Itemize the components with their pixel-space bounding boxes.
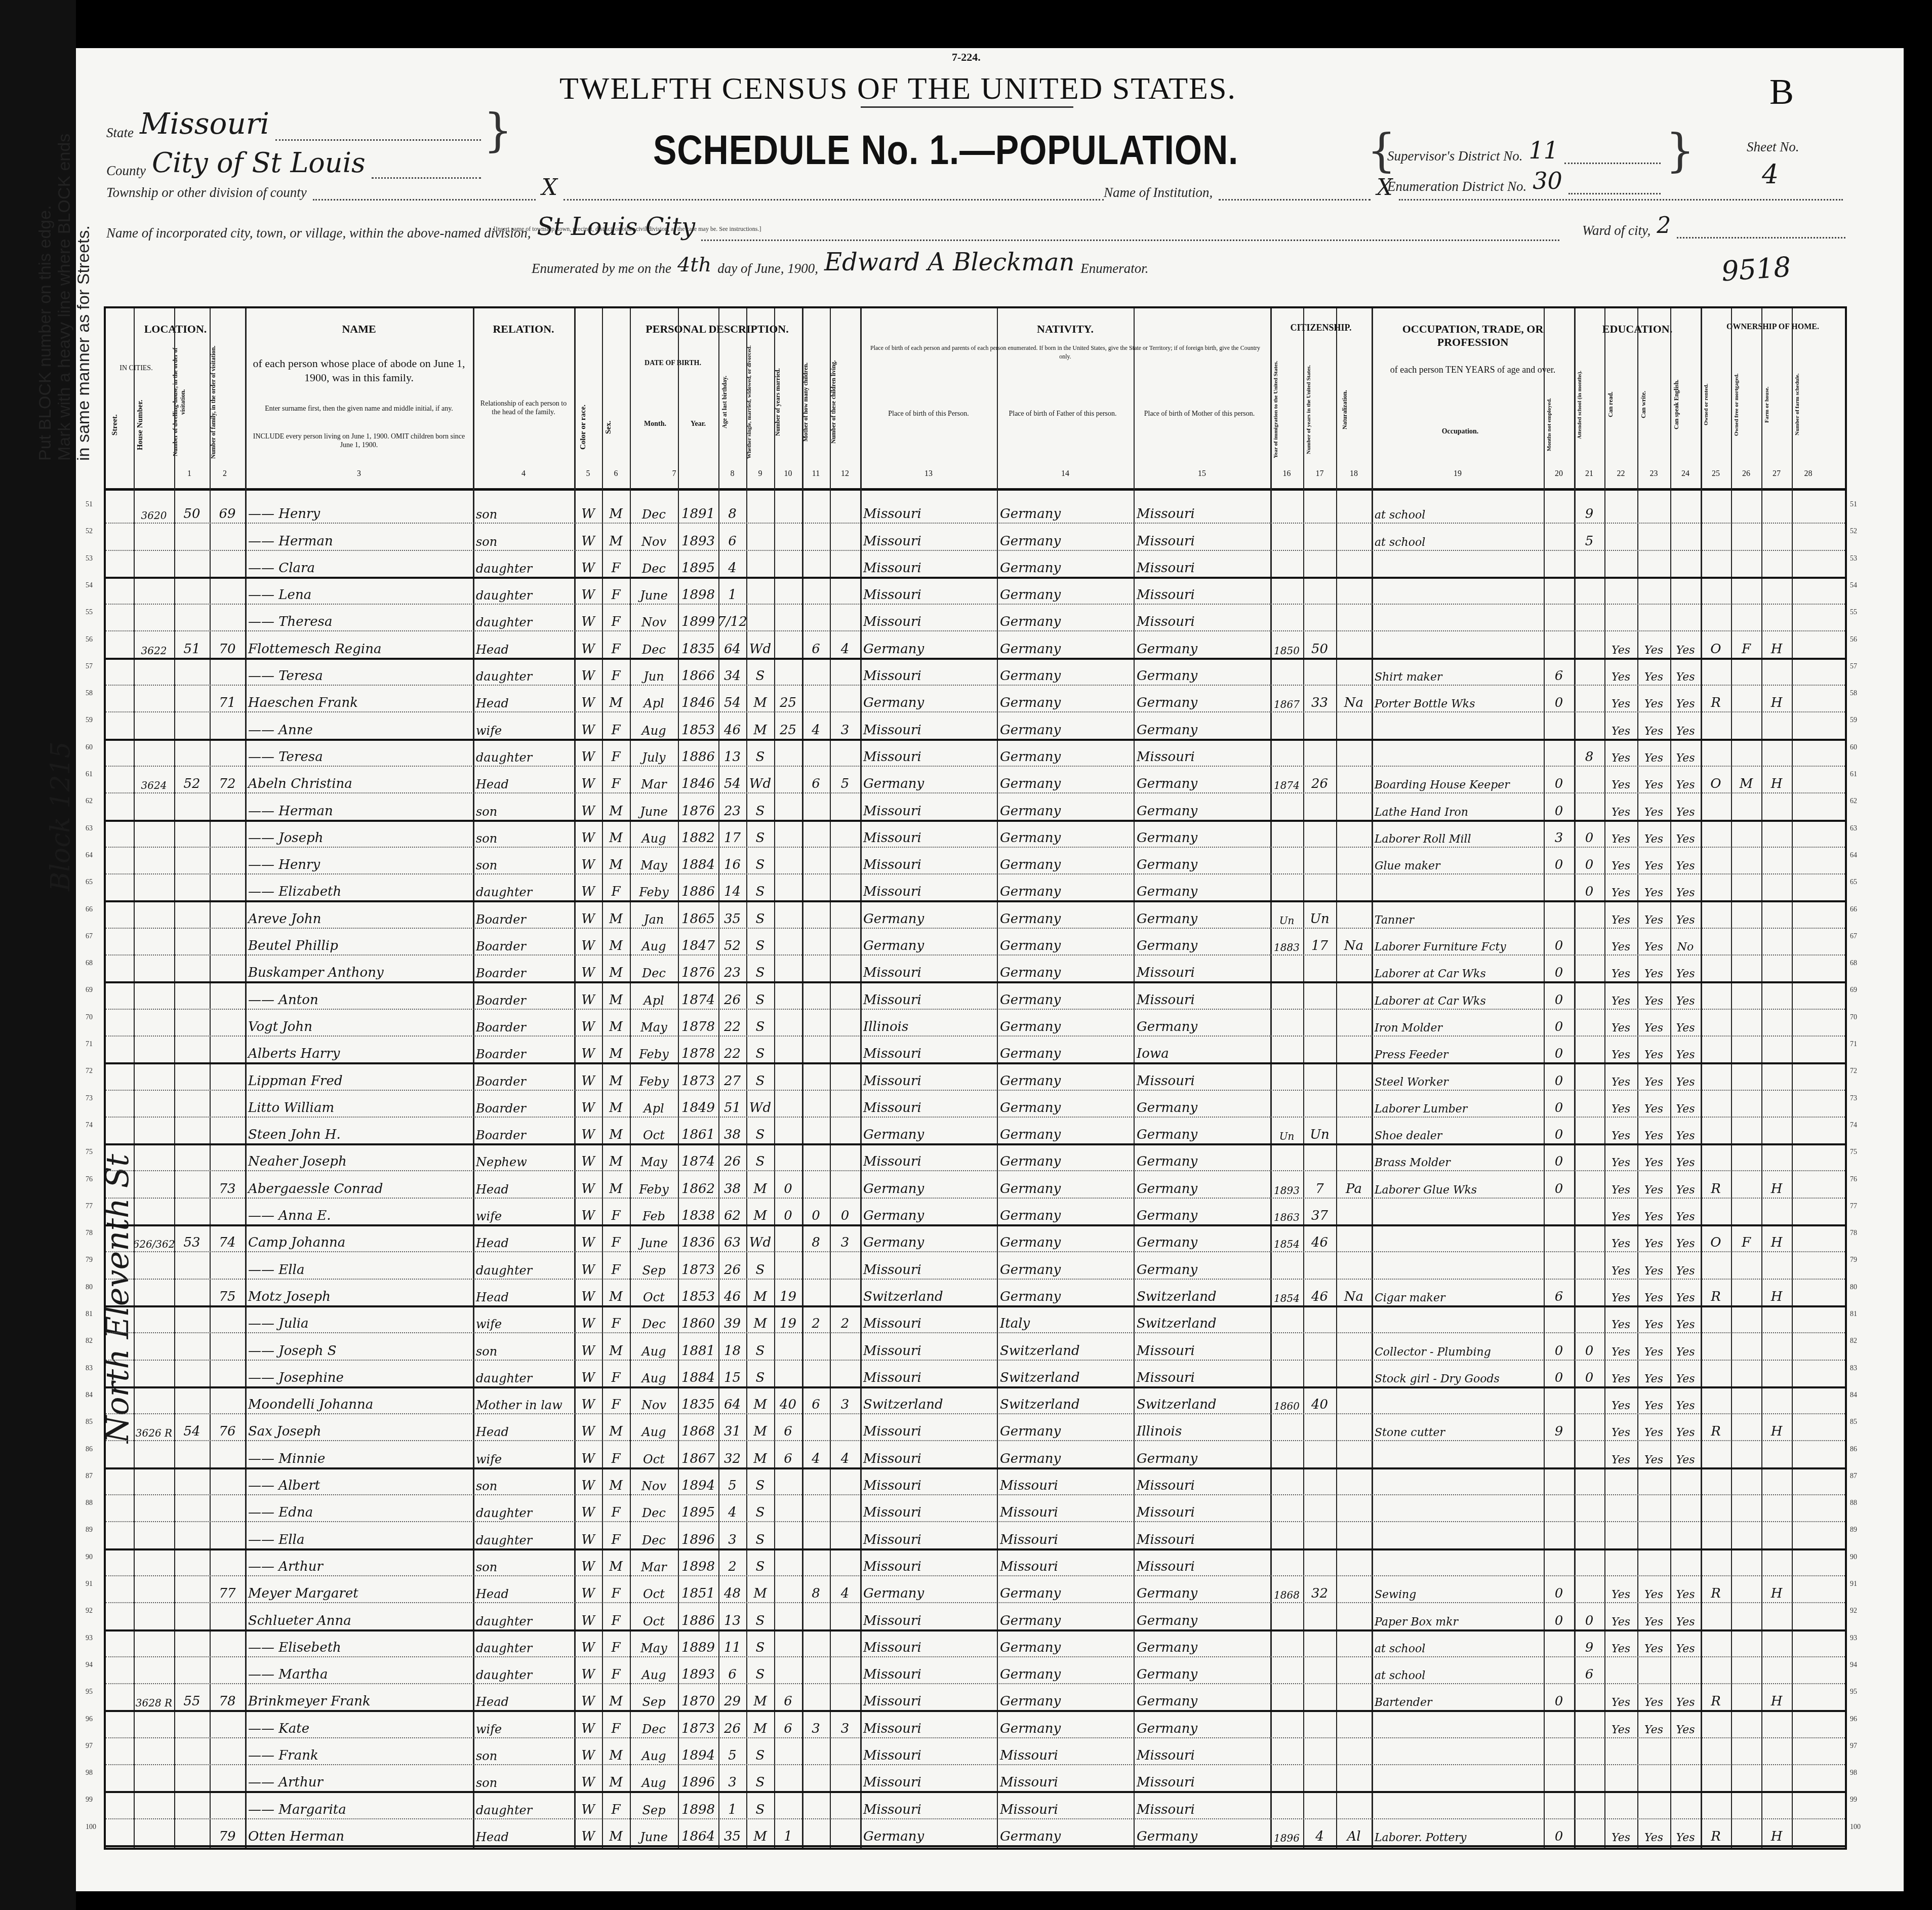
house-number (134, 1629, 174, 1656)
header-location: LOCATION. (106, 323, 245, 336)
person-name: —— Kate (245, 1710, 473, 1737)
farm-or-house (1761, 1494, 1792, 1521)
children-born (802, 954, 830, 981)
birth-year: 1896 (678, 1521, 718, 1548)
speaks-english (1670, 1764, 1701, 1791)
family-number (210, 1441, 245, 1467)
naturalization (1336, 1521, 1372, 1548)
can-write: Yes (1637, 1198, 1670, 1224)
relation: Nephew (473, 1143, 574, 1170)
months-unemployed: 6 (1544, 1279, 1574, 1305)
naturalization (1336, 1548, 1372, 1575)
marital-status: S (746, 873, 774, 900)
years-in-us: 33 (1303, 685, 1336, 711)
color: W (574, 1575, 602, 1602)
farm-or-house (1761, 1305, 1792, 1332)
children-living: 5 (830, 766, 860, 792)
table-row: 67 Beutel Phillip Boarder W M Aug 1847 5… (106, 928, 1845, 956)
color: W (574, 1494, 602, 1521)
birthplace: Missouri (860, 1143, 997, 1170)
free-mortgaged (1731, 1602, 1761, 1629)
farm-or-house (1761, 1198, 1792, 1224)
children-living (830, 685, 860, 711)
farm-or-house: H (1761, 1224, 1792, 1251)
owned-rented (1701, 954, 1731, 981)
dwelling-number (174, 1602, 210, 1629)
occupation (1372, 1737, 1544, 1764)
birth-month: Aug (630, 928, 678, 954)
sex: M (602, 1171, 630, 1198)
free-mortgaged (1731, 550, 1761, 577)
line-number-right: 80 (1850, 1284, 1857, 1292)
years-married (774, 1117, 802, 1143)
line-number: 95 (86, 1688, 93, 1696)
years-married: 0 (774, 1198, 802, 1224)
occupation (1372, 739, 1544, 766)
relation: Boarder (473, 954, 574, 981)
owned-rented: R (1701, 1683, 1731, 1710)
sex: M (602, 523, 630, 549)
children-born (802, 1090, 830, 1117)
naturalization (1336, 981, 1372, 1008)
line-number-right: 96 (1850, 1716, 1857, 1724)
line-number: 55 (86, 609, 93, 617)
marital-status: S (746, 1602, 774, 1629)
birthplace: Illinois (860, 1009, 997, 1036)
free-mortgaged (1731, 658, 1761, 685)
color: W (574, 685, 602, 711)
school-months: 0 (1574, 1332, 1604, 1359)
line-number-right: 56 (1850, 636, 1857, 644)
family-number (210, 1737, 245, 1764)
dwelling-number (174, 1090, 210, 1117)
school-months (1574, 1251, 1604, 1278)
family-number (210, 1386, 245, 1413)
farm-or-house (1761, 1629, 1792, 1656)
birthplace: Missouri (860, 1090, 997, 1117)
occupation (1372, 1224, 1544, 1251)
birth-month: Aug (630, 1332, 678, 1359)
marital-status: S (746, 1494, 774, 1521)
can-read: Yes (1604, 1386, 1637, 1413)
col-years-married: Number of years married. (774, 344, 794, 460)
immigration-year: 1863 (1270, 1198, 1303, 1224)
relation: son (473, 1548, 574, 1575)
header-date-of-birth: DATE OF BIRTH. (627, 359, 718, 368)
sheet-label: Sheet No. (1747, 139, 1799, 155)
line-number-right: 55 (1850, 609, 1857, 617)
birthplace: Missouri (860, 1629, 997, 1656)
sex: F (602, 711, 630, 738)
children-born (802, 1009, 830, 1036)
birth-month: May (630, 1009, 678, 1036)
sex: F (602, 873, 630, 900)
years-married (774, 496, 802, 523)
children-living: 3 (830, 1710, 860, 1737)
birthplace: Germany (860, 901, 997, 928)
years-in-us (1303, 523, 1336, 549)
years-in-us: Un (1303, 901, 1336, 928)
dwelling-number (174, 928, 210, 954)
can-write: Yes (1637, 792, 1670, 819)
can-write: Yes (1637, 1009, 1670, 1036)
relation: daughter (473, 873, 574, 900)
family-number (210, 1198, 245, 1224)
colnum: 19 (1372, 469, 1544, 479)
speaks-english: Yes (1670, 1143, 1701, 1170)
free-mortgaged (1731, 1710, 1761, 1737)
years-in-us (1303, 1764, 1336, 1791)
house-number: 3626 R (134, 1413, 174, 1440)
school-months (1574, 1441, 1604, 1467)
line-number-right: 83 (1850, 1365, 1857, 1373)
line-number-right: 64 (1850, 852, 1857, 860)
header-occupation-desc: of each person TEN YEARS of age and over… (1377, 364, 1569, 375)
free-mortgaged (1731, 1305, 1761, 1332)
birth-month: Dec (630, 496, 678, 523)
can-read: Yes (1604, 954, 1637, 981)
birth-year: 1867 (678, 1441, 718, 1467)
naturalization: Na (1336, 928, 1372, 954)
age: 27 (718, 1062, 746, 1089)
children-born: 6 (802, 1386, 830, 1413)
line-number-right: 94 (1850, 1661, 1857, 1669)
relation: Head (473, 1818, 574, 1845)
header-ownership: OWNERSHIP OF HOME. (1701, 323, 1845, 332)
person-name: —— Henry (245, 496, 473, 523)
birthplace: Missouri (860, 1494, 997, 1521)
relation: Head (473, 1171, 574, 1198)
naturalization (1336, 1305, 1372, 1332)
immigration-year (1270, 1467, 1303, 1494)
can-read (1604, 496, 1637, 523)
immigration-year (1270, 820, 1303, 847)
color: W (574, 631, 602, 658)
years-married (774, 1548, 802, 1575)
school-months: 9 (1574, 496, 1604, 523)
house-number (134, 1171, 174, 1198)
speaks-english: Yes (1670, 1224, 1701, 1251)
dwelling-number (174, 1764, 210, 1791)
farm-or-house (1761, 1090, 1792, 1117)
immigration-year (1270, 1602, 1303, 1629)
years-married: 40 (774, 1386, 802, 1413)
speaks-english: Yes (1670, 1575, 1701, 1602)
occupation (1372, 711, 1544, 738)
marital-status: M (746, 1818, 774, 1845)
children-born (802, 1737, 830, 1764)
sex: M (602, 1332, 630, 1359)
can-write: Yes (1637, 658, 1670, 685)
school-months (1574, 1090, 1604, 1117)
family-number (210, 1710, 245, 1737)
birth-year: 1886 (678, 873, 718, 900)
colnum: 22 (1604, 469, 1637, 479)
enumeration-day: 4th (677, 253, 711, 276)
dwelling-number (174, 577, 210, 604)
relation: Mother in law (473, 1386, 574, 1413)
relation: Head (473, 1575, 574, 1602)
immigration-year (1270, 658, 1303, 685)
birthplace: Germany (860, 1117, 997, 1143)
table-row: 69 —— Anton Boarder W M Apl 1874 26 S Mi… (106, 981, 1845, 1009)
father-birthplace: Germany (997, 739, 1134, 766)
father-birthplace: Germany (997, 1224, 1134, 1251)
can-read: Yes (1604, 873, 1637, 900)
marital-status: S (746, 1737, 774, 1764)
can-read (1604, 577, 1637, 604)
immigration-year: 1893 (1270, 1171, 1303, 1198)
birth-month: Feby (630, 1036, 678, 1062)
free-mortgaged (1731, 928, 1761, 954)
father-birthplace: Missouri (997, 1548, 1134, 1575)
mother-birthplace: Missouri (1134, 1764, 1270, 1791)
dwelling-number (174, 739, 210, 766)
line-number: 83 (86, 1365, 93, 1373)
school-months (1574, 604, 1604, 630)
dwelling-number (174, 1494, 210, 1521)
table-row: 100 79 Otten Herman Head W M June 1864 3… (106, 1818, 1845, 1847)
line-number: 74 (86, 1122, 93, 1130)
naturalization (1336, 1629, 1372, 1656)
birth-year: 1882 (678, 820, 718, 847)
person-name: —— Anna E. (245, 1198, 473, 1224)
age: 52 (718, 928, 746, 954)
dwelling-number (174, 1062, 210, 1089)
occupation (1372, 1198, 1544, 1224)
birth-year: 1851 (678, 1575, 718, 1602)
age: 1 (718, 1791, 746, 1818)
line-number: 70 (86, 1014, 93, 1022)
free-mortgaged (1731, 1413, 1761, 1440)
person-name: Schlueter Anna (245, 1602, 473, 1629)
free-mortgaged (1731, 1467, 1761, 1494)
owned-rented (1701, 604, 1731, 630)
months-unemployed: 3 (1544, 820, 1574, 847)
years-married (774, 550, 802, 577)
table-row: 86 —— Minnie wife W F Oct 1867 32 M 6 4 … (106, 1441, 1845, 1469)
speaks-english: Yes (1670, 1062, 1701, 1089)
can-read: Yes (1604, 1818, 1637, 1845)
sex: M (602, 1467, 630, 1494)
dwelling-number (174, 1279, 210, 1305)
occupation: Tanner (1372, 901, 1544, 928)
immigration-year (1270, 1656, 1303, 1683)
dwelling-number (174, 1710, 210, 1737)
speaks-english: Yes (1670, 901, 1701, 928)
col-month: Month. (632, 420, 678, 428)
person-name: —— Teresa (245, 658, 473, 685)
dwelling-number: 52 (174, 766, 210, 792)
family-number: 76 (210, 1413, 245, 1440)
col-house-number: House Number. (136, 389, 151, 460)
family-number (210, 928, 245, 954)
marital-status: S (746, 1117, 774, 1143)
supervisor-district-field: Supervisor's District No. 11 (1387, 137, 1661, 164)
speaks-english: No (1670, 928, 1701, 954)
sex: F (602, 1710, 630, 1737)
person-name: Meyer Margaret (245, 1575, 473, 1602)
line-number: 59 (86, 717, 93, 725)
school-months: 0 (1574, 1360, 1604, 1386)
person-name: Beutel Phillip (245, 928, 473, 954)
occupation: Brass Molder (1372, 1143, 1544, 1170)
mother-birthplace: Missouri (1134, 1494, 1270, 1521)
table-row: 77 —— Anna E. wife W F Feb 1838 62 M 0 0… (106, 1198, 1845, 1226)
person-name: —— Albert (245, 1467, 473, 1494)
occupation (1372, 873, 1544, 900)
months-unemployed: 0 (1544, 1602, 1574, 1629)
family-number (210, 1629, 245, 1656)
marital-status: S (746, 1467, 774, 1494)
col-free-mortgaged: Owned free or mortgaged. (1734, 349, 1754, 460)
birthplace: Missouri (860, 1548, 997, 1575)
dwelling-number (174, 1009, 210, 1036)
speaks-english: Yes (1670, 1683, 1701, 1710)
line-number-right: 69 (1850, 986, 1857, 994)
can-write (1637, 1494, 1670, 1521)
occupation: Sewing (1372, 1575, 1544, 1602)
line-number: 54 (86, 582, 93, 590)
marital-status: Wd (746, 766, 774, 792)
colnum: 20 (1544, 469, 1574, 479)
line-number: 58 (86, 690, 93, 698)
state-label: State (106, 125, 134, 141)
house-number (134, 1332, 174, 1359)
owned-rented (1701, 1360, 1731, 1386)
naturalization: Na (1336, 1279, 1372, 1305)
relation: daughter (473, 1656, 574, 1683)
sex: M (602, 1143, 630, 1170)
speaks-english: Yes (1670, 792, 1701, 819)
years-in-us (1303, 1494, 1336, 1521)
can-write: Yes (1637, 901, 1670, 928)
farm-or-house (1761, 1548, 1792, 1575)
speaks-english: Yes (1670, 1090, 1701, 1117)
family-number: 71 (210, 685, 245, 711)
birth-year: 1849 (678, 1090, 718, 1117)
city-field: Name of incorporated city, town, or vill… (106, 213, 1559, 241)
can-write: Yes (1637, 1143, 1670, 1170)
father-birthplace: Germany (997, 1602, 1134, 1629)
sex: F (602, 550, 630, 577)
birth-year: 1847 (678, 928, 718, 954)
sex: F (602, 739, 630, 766)
age: 16 (718, 847, 746, 873)
years-in-us (1303, 847, 1336, 873)
birth-year: 1862 (678, 1171, 718, 1198)
children-living (830, 1036, 860, 1062)
birthplace: Missouri (860, 577, 997, 604)
farm-or-house (1761, 792, 1792, 819)
birth-month: June (630, 1224, 678, 1251)
naturalization (1336, 766, 1372, 792)
farm-or-house (1761, 550, 1792, 577)
father-birthplace: Germany (997, 1710, 1134, 1737)
birth-year: 1878 (678, 1036, 718, 1062)
can-read: Yes (1604, 658, 1637, 685)
free-mortgaged (1731, 847, 1761, 873)
dwelling-number (174, 550, 210, 577)
sex: M (602, 901, 630, 928)
color: W (574, 1090, 602, 1117)
father-birthplace: Germany (997, 873, 1134, 900)
family-number (210, 604, 245, 630)
col-speak-english: Can speak English. (1673, 349, 1693, 460)
school-months (1574, 1117, 1604, 1143)
birth-month: Oct (630, 1575, 678, 1602)
table-row: 78 3626/3628 53 74 Camp Johanna Head W F… (106, 1224, 1845, 1252)
line-number-right: 60 (1850, 744, 1857, 752)
sex: M (602, 496, 630, 523)
father-birthplace: Germany (997, 1198, 1134, 1224)
occupation: Laborer. Pottery (1372, 1818, 1544, 1845)
dwelling-number (174, 1548, 210, 1575)
owned-rented (1701, 1791, 1731, 1818)
age: 3 (718, 1764, 746, 1791)
children-born: 6 (802, 766, 830, 792)
person-name: Brinkmeyer Frank (245, 1683, 473, 1710)
years-in-us: Un (1303, 1117, 1336, 1143)
family-number (210, 1602, 245, 1629)
line-number: 76 (86, 1176, 93, 1184)
months-unemployed (1544, 1521, 1574, 1548)
can-read: Yes (1604, 1710, 1637, 1737)
naturalization (1336, 1062, 1372, 1089)
farm-or-house (1761, 1791, 1792, 1818)
months-unemployed: 0 (1544, 1360, 1574, 1386)
relation: Boarder (473, 901, 574, 928)
school-months (1574, 685, 1604, 711)
birth-year: 1846 (678, 685, 718, 711)
line-number: 77 (86, 1203, 93, 1211)
father-birthplace: Germany (997, 604, 1134, 630)
years-married (774, 1494, 802, 1521)
immigration-year: 1883 (1270, 928, 1303, 954)
birth-month: Aug (630, 1413, 678, 1440)
farm-or-house (1761, 820, 1792, 847)
can-read: Yes (1604, 1062, 1637, 1089)
sex: M (602, 1036, 630, 1062)
marital-status: S (746, 1791, 774, 1818)
table-row: 74 Steen John H. Boarder W M Oct 1861 38… (106, 1117, 1845, 1145)
person-name: —— Joseph S (245, 1332, 473, 1359)
birth-month: Nov (630, 604, 678, 630)
immigration-year (1270, 1090, 1303, 1117)
colnum: 10 (774, 469, 802, 479)
dwelling-number (174, 1818, 210, 1845)
mother-birthplace: Switzerland (1134, 1386, 1270, 1413)
line-number-right: 72 (1850, 1067, 1857, 1076)
age: 6 (718, 523, 746, 549)
school-months (1574, 1818, 1604, 1845)
person-name: —— Anton (245, 981, 473, 1008)
family-number (210, 1143, 245, 1170)
age: 38 (718, 1117, 746, 1143)
relation: daughter (473, 1791, 574, 1818)
family-number (210, 577, 245, 604)
institution-label: Name of Institution, (1104, 185, 1213, 201)
owned-rented (1701, 496, 1731, 523)
header-name: NAME (245, 323, 473, 336)
age: 51 (718, 1090, 746, 1117)
years-married (774, 1521, 802, 1548)
birth-year: 1860 (678, 1305, 718, 1332)
mother-birthplace: Germany (1134, 1117, 1270, 1143)
years-in-us (1303, 792, 1336, 819)
line-number: 79 (86, 1256, 93, 1264)
mother-birthplace: Germany (1134, 901, 1270, 928)
